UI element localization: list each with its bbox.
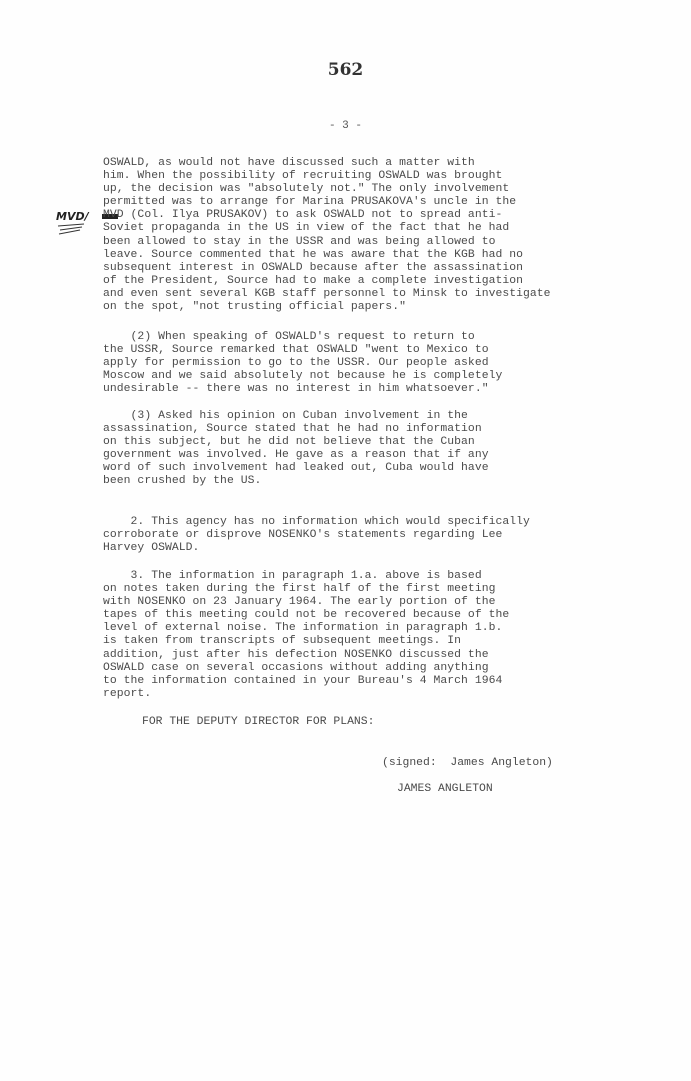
text-line: addition, just after his defection NOSEN… [103, 649, 509, 662]
text-line: 3. The information in paragraph 1.a. abo… [103, 570, 509, 583]
text-line: (3) Asked his opinion on Cuban involveme… [103, 410, 489, 423]
text-line: MVD (Col. Ilya PRUSAKOV) to ask OSWALD n… [103, 209, 551, 222]
text-line: Moscow and we said absolutely not becaus… [103, 370, 502, 383]
paragraph-item-2: (2) When speaking of OSWALD's request to… [103, 331, 502, 396]
text-line: level of external noise. The information… [103, 622, 509, 635]
text-line: (2) When speaking of OSWALD's request to… [103, 331, 502, 344]
text-line: permitted was to arrange for Marina PRUS… [103, 196, 551, 209]
text-line: tapes of this meeting could not be recov… [103, 609, 509, 622]
text-line: 2. This agency has no information which … [103, 516, 530, 529]
text-line: him. When the possibility of recruiting … [103, 170, 551, 183]
text-line: OSWALD case on several occasions without… [103, 662, 509, 675]
text-line: undesirable -- there was no interest in … [103, 383, 502, 396]
for-deputy-director-line: FOR THE DEPUTY DIRECTOR FOR PLANS: [142, 716, 374, 728]
text-line: up, the decision was "absolutely not." T… [103, 183, 551, 196]
paragraph-item-3: (3) Asked his opinion on Cuban involveme… [103, 410, 489, 489]
text-line: OSWALD, as would not have discussed such… [103, 157, 551, 170]
paragraph-2: 2. This agency has no information which … [103, 516, 530, 555]
text-line: word of such involvement had leaked out,… [103, 462, 489, 475]
text-line: apply for permission to go to the USSR. … [103, 357, 502, 370]
signed-line: (signed: James Angleton) [382, 757, 553, 769]
document-page: 562 - 3 - MVD/ OSWALD, as would not have… [0, 0, 691, 1081]
text-line: report. [103, 688, 509, 701]
text-line: assassination, Source stated that he had… [103, 423, 489, 436]
text-line: subsequent interest in OSWALD because af… [103, 262, 551, 275]
sheet-number: - 3 - [0, 120, 691, 132]
text-line: corroborate or disprove NOSENKO's statem… [103, 529, 530, 542]
text-line: on notes taken during the first half of … [103, 583, 509, 596]
text-line: on this subject, but he did not believe … [103, 436, 489, 449]
paragraph-3: 3. The information in paragraph 1.a. abo… [103, 570, 509, 701]
text-line: the USSR, Source remarked that OSWALD "w… [103, 344, 502, 357]
text-line: to the information contained in your Bur… [103, 675, 509, 688]
page-number: 562 [0, 60, 691, 80]
text-line: is taken from transcripts of subsequent … [103, 635, 509, 648]
text-line: and even sent several KGB staff personne… [103, 288, 551, 301]
text-line: on the spot, "not trusting official pape… [103, 301, 551, 314]
text-line: been crushed by the US. [103, 475, 489, 488]
text-line: with NOSENKO on 23 January 1964. The ear… [103, 596, 509, 609]
signer-name: JAMES ANGLETON [397, 783, 493, 795]
paragraph-continued: OSWALD, as would not have discussed such… [103, 157, 551, 314]
text-line: leave. Source commented that he was awar… [103, 249, 551, 262]
text-line: of the President, Source had to make a c… [103, 275, 551, 288]
text-line: Soviet propaganda in the US in view of t… [103, 222, 551, 235]
text-line: been allowed to stay in the USSR and was… [103, 236, 551, 249]
text-line: Harvey OSWALD. [103, 542, 530, 555]
text-line: government was involved. He gave as a re… [103, 449, 489, 462]
